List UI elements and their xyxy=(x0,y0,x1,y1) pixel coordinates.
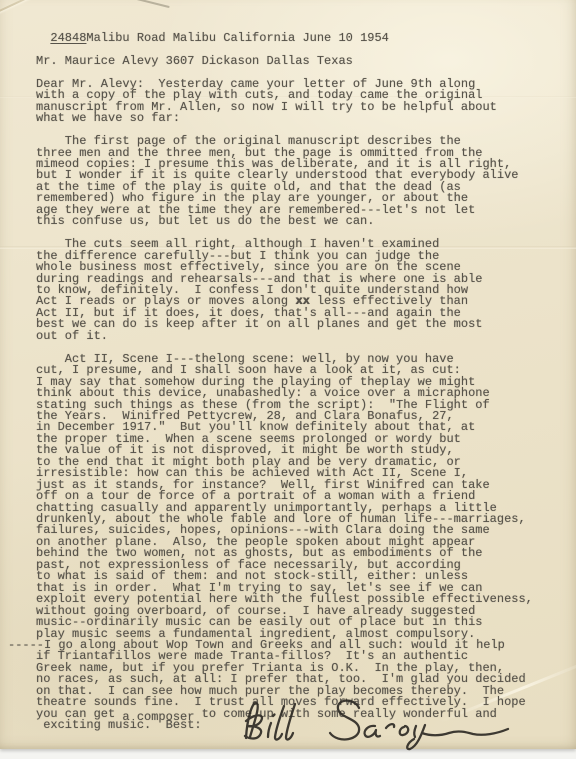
letter-paper: 24848Malibu Road Malibu California June … xyxy=(0,0,576,749)
letter-line: out of it. xyxy=(36,331,556,342)
signature-handwriting: Bill Saroyan xyxy=(228,690,520,752)
scanned-letter-page: { "colors": { "paper": "#ece3ca", "typew… xyxy=(0,0,576,759)
letter-body: 24848Malibu Road Malibu California June … xyxy=(36,33,556,732)
signature-ink-strokes xyxy=(228,690,520,752)
paper-crease-diagonal xyxy=(0,0,136,20)
letter-text-segment: Malibu Road Malibu California June 10 19… xyxy=(86,31,388,45)
letter-line: best we can do is keep after it on all p… xyxy=(36,319,556,330)
letter-text-segment: a composer xyxy=(122,710,194,724)
letter-line: 24848Malibu Road Malibu California June … xyxy=(36,33,556,44)
pencil-mark xyxy=(136,0,169,8)
letter-line: Mr. Maurice Alevy 3607 Dickason Dallas T… xyxy=(36,56,556,67)
letter-line: what we have so far: xyxy=(36,113,556,124)
street-number: 24848 xyxy=(50,31,86,45)
letter-line: this confuse us, but let us do the best … xyxy=(36,216,556,227)
